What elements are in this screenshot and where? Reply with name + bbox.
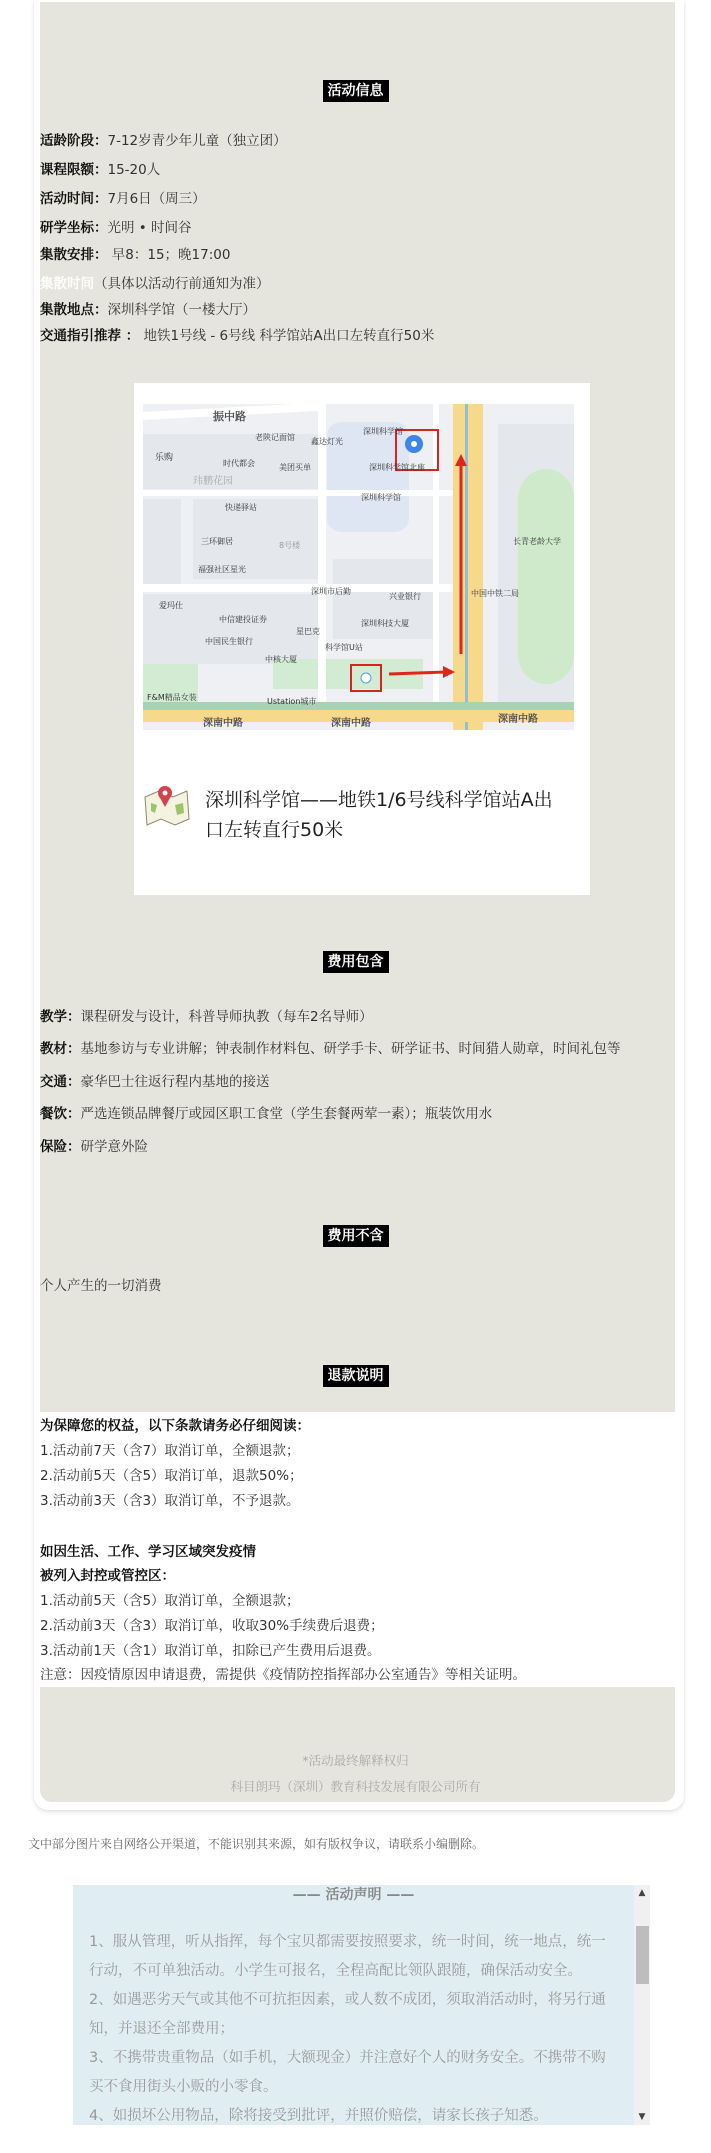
scroll-down-arrow-icon[interactable]: ▼ [634,2109,650,2125]
section-tag-fee-included: 费用包含 [323,951,389,973]
svg-text:长青老龄大学: 长青老龄大学 [513,536,561,546]
svg-text:深南中路: 深南中路 [331,716,371,729]
svg-text:深圳科学馆北座: 深圳科学馆北座 [369,462,425,472]
info-row-schedule: 集散安排： 早8：15；晚17:00 [40,245,230,265]
info-key: 适龄阶段： [40,133,108,149]
svg-text:福强社区星光: 福强社区星光 [198,564,246,574]
svg-text:爱玛仕: 爱玛仕 [159,600,183,610]
info-key: 研学坐标： [40,220,108,236]
info-key: 交通指引推荐 ： [40,328,139,344]
svg-text:深圳科学馆: 深圳科学馆 [361,492,401,502]
refund-rule: 1.活动前7天（含7）取消订单，全额退款； [40,1441,300,1461]
info-row-location: 研学坐标：光明 • 时间谷 [40,218,192,238]
svg-text:鑫达灯光: 鑫达灯光 [311,436,343,446]
info-key: 集散时间 [40,276,94,292]
svg-text:快递驿站: 快递驿站 [225,502,257,512]
map-image: 振中路 乐购 老陕记面馆 时代都会 美团买单 鑫达灯光 深圳科学馆 深圳科学馆北… [134,383,590,895]
svg-text:星巴克: 星巴克 [296,626,320,636]
fee-key: 教学： [40,1009,81,1025]
svg-text:8号楼: 8号楼 [279,540,301,550]
info-value: 15-20人 [108,162,161,178]
epidemic-title: 如因生活、工作、学习区域突发疫情 [40,1542,256,1562]
info-value: 地铁1号线 - 6号线 科学馆站A出口左转直行50米 [139,328,434,344]
statement-item: 4、如损坏公用物品，除将接受到批评，并照价赔偿，请家长孩子知悉。 [89,2102,614,2125]
info-row-gather-time: 集散时间（具体以活动行前通知为准） [40,274,270,294]
svg-text:科学馆U站: 科学馆U站 [325,642,363,652]
image-source-disclaimer: 文中部分图片来自网络公开渠道，不能识别其来源，如有版权争议，请联系小编删除。 [28,1835,484,1852]
fee-row-teaching: 教学：课程研发与设计，科普导师执教（每车2名导师） [40,1007,373,1027]
fee-key: 保险： [40,1139,81,1155]
fee-row-meals: 餐饮：严选连锁品牌餐厅或园区职工食堂（学生套餐两荤一素）；瓶装饮用水 [40,1104,492,1124]
info-value: （具体以活动行前通知为准） [94,276,270,292]
fee-row-materials: 教材：基地参访与专业讲解；钟表制作材料包、研学手卡、研学证书、时间猎人勋章，时间… [40,1039,621,1059]
svg-text:乐购: 乐购 [155,451,173,463]
fee-value: 豪华巴士往返行程内基地的接送 [81,1074,270,1090]
info-key: 活动时间： [40,191,108,207]
section-tag-refund: 退款说明 [323,1365,389,1387]
statement-title: —— 活动声明 —— [73,1885,634,1905]
svg-text:玮鹏花园: 玮鹏花园 [193,474,233,487]
svg-text:中信建投证券: 中信建投证券 [219,614,267,624]
fee-value: 基地参访与专业讲解；钟表制作材料包、研学手卡、研学证书、时间猎人勋章，时间礼包等 [81,1041,621,1057]
section-tag-fee-excluded: 费用不含 [323,1225,389,1247]
refund-rule: 2.活动前5天（含5）取消订单，退款50%； [40,1466,303,1486]
map-caption: 深圳科学馆——地铁1/6号线科学馆站A出口左转直行50米 [143,763,583,863]
svg-text:时代都会: 时代都会 [223,458,255,468]
svg-text:深圳科技大厦: 深圳科技大厦 [361,618,409,628]
info-value: 深圳科学馆（一楼大厅） [108,302,257,318]
info-key: 集散安排： [40,247,108,263]
fee-value: 研学意外险 [81,1139,149,1155]
svg-text:振中路: 振中路 [212,409,246,423]
svg-text:深南中路: 深南中路 [498,712,538,725]
statement-items: 1、服从管理，听从指挥，每个宝贝都需要按照要求，统一时间，统一地点，统一行动，不… [73,1928,634,2125]
info-row-date: 活动时间：7月6日（周三） [40,189,206,209]
map-caption-text: 深圳科学馆——地铁1/6号线科学馆站A出口左转直行50米 [205,785,565,845]
scroll-up-arrow-icon[interactable]: ▲ [634,1885,650,1901]
svg-text:兴业银行: 兴业银行 [389,591,421,601]
svg-text:深南中路: 深南中路 [203,716,243,729]
statement-item: 2、如遇恶劣天气或其他不可抗拒因素，或人数不成团，须取消活动时，将另行通知，并退… [89,1986,614,2044]
svg-text:美团买单: 美团买单 [279,462,311,472]
svg-text:老陕记面馆: 老陕记面馆 [255,432,295,442]
epidemic-subtitle: 被列入封控或管控区： [40,1566,175,1586]
activity-statement-scrollbox[interactable]: —— 活动声明 —— 1、服从管理，听从指挥，每个宝贝都需要按照要求，统一时间，… [73,1885,650,2125]
svg-text:深圳市后勤: 深圳市后勤 [311,586,351,596]
fee-value: 严选连锁品牌餐厅或园区职工食堂（学生套餐两荤一素）；瓶装饮用水 [81,1106,493,1122]
svg-text:深圳科学馆: 深圳科学馆 [363,426,403,436]
info-row-age: 适龄阶段：7-12岁青少年儿童（独立团） [40,131,287,151]
street-map: 振中路 乐购 老陕记面馆 时代都会 美团买单 鑫达灯光 深圳科学馆 深圳科学馆北… [143,404,574,730]
statement-scrollbar[interactable]: ▲ ▼ [634,1885,650,2125]
statement-content: —— 活动声明 —— 1、服从管理，听从指挥，每个宝贝都需要按照要求，统一时间，… [73,1885,634,2125]
svg-text:中国民生银行: 中国民生银行 [205,636,253,646]
info-row-transport: 交通指引推荐 ： 地铁1号线 - 6号线 科学馆站A出口左转直行50米 [40,326,434,346]
info-value: 7月6日（周三） [108,191,206,207]
epidemic-rule: 2.活动前3天（含3）取消订单，收取30%手续费后退费； [40,1616,384,1636]
statement-item: 1、服从管理，听从指挥，每个宝贝都需要按照要求，统一时间，统一地点，统一行动，不… [89,1928,614,1986]
fee-value: 课程研发与设计，科普导师执教（每车2名导师） [81,1009,373,1025]
svg-text:中国中铁二局: 中国中铁二局 [471,588,519,598]
fee-key: 餐饮： [40,1106,81,1122]
info-value: 早8：15；晚17:00 [108,247,231,263]
refund-rule: 3.活动前3天（含3）取消订单，不予退款。 [40,1491,300,1511]
info-key: 课程限额： [40,162,108,178]
epidemic-rule: 1.活动前5天（含5）取消订单，全额退款； [40,1591,300,1611]
footer-rights-line1: *活动最终解释权归 [0,1751,711,1769]
info-value: 光明 • 时间谷 [108,220,192,236]
fee-key: 交通： [40,1074,81,1090]
info-row-gather-place: 集散地点：深圳科学馆（一楼大厅） [40,300,256,320]
fee-key: 教材： [40,1041,81,1057]
svg-text:中核大厦: 中核大厦 [265,654,297,664]
epidemic-rule: 3.活动前1天（含1）取消订单，扣除已产生费用后退费。 [40,1641,381,1661]
info-value: 7-12岁青少年儿童（独立团） [108,133,287,149]
folded-map-pin-icon [143,783,191,829]
refund-intro: 为保障您的权益，以下条款请务必仔细阅读： [40,1416,310,1436]
scrollbar-thumb[interactable] [636,1926,649,1984]
info-row-capacity: 课程限额：15-20人 [40,160,160,180]
svg-text:三环御居: 三环御居 [201,536,233,546]
fee-row-insurance: 保险：研学意外险 [40,1137,148,1157]
epidemic-note: 注意：因疫情原因申请退费，需提供《疫情防控指挥部办公室通告》等相关证明。 [40,1665,526,1685]
fee-row-transport: 交通：豪华巴士往返行程内基地的接送 [40,1072,270,1092]
statement-item: 3、不携带贵重物品（如手机，大额现金）并注意好个人的财务安全。不携带不购买不食用… [89,2044,614,2102]
info-key: 集散地点： [40,302,108,318]
svg-text:F&M精品女装: F&M精品女装 [147,692,197,702]
footer-rights-line2: 科目朗玛（深圳）教育科技发展有限公司所有 [0,1777,711,1795]
section-tag-activity-info: 活动信息 [323,80,389,102]
svg-text:Ustation城市: Ustation城市 [267,696,316,706]
fee-excluded-item: 个人产生的一切消费 [40,1276,162,1296]
